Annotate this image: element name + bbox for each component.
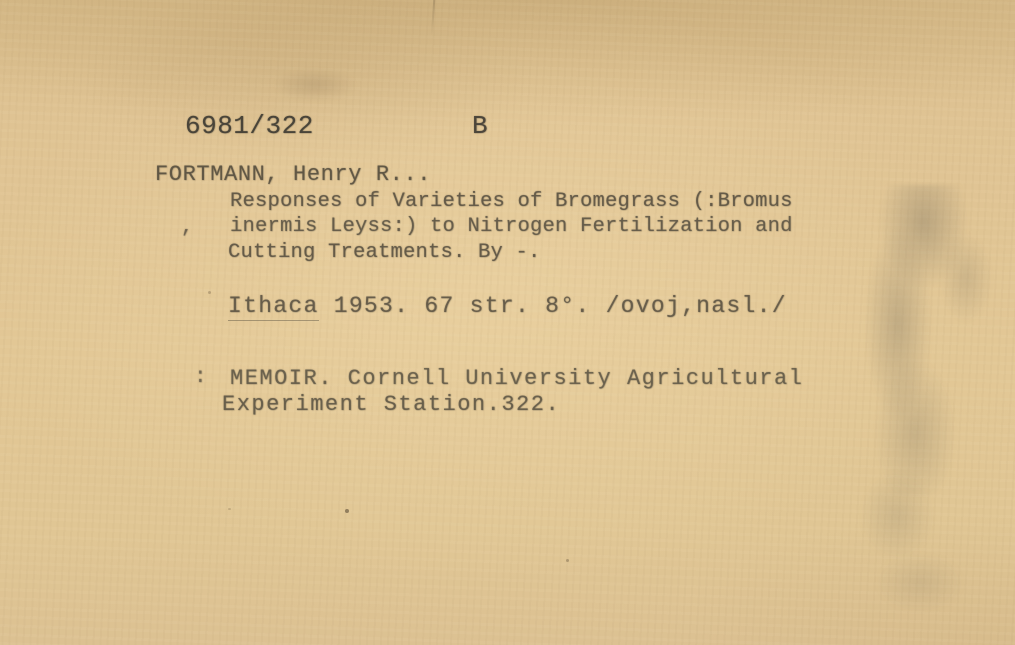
ink-speck	[228, 508, 231, 510]
ink-speck	[345, 509, 349, 513]
series-note-line-1: MEMOIR. Cornell University Agricultural	[230, 366, 803, 391]
imprint-place: Ithaca	[228, 293, 319, 321]
author-heading: FORTMANN, Henry R...	[155, 162, 431, 187]
section-letter: B	[472, 111, 488, 141]
top-stain	[250, 55, 380, 115]
title-line-1: Responses of Varieties of Bromegrass (:B…	[230, 190, 793, 213]
right-lower-smudge	[830, 470, 980, 620]
title-line-3: Cutting Treatments. By -.	[228, 241, 541, 264]
series-note-line-2: Experiment Station.322.	[222, 392, 560, 417]
right-graphite-smudge	[830, 185, 1000, 495]
paper-grain-texture	[0, 0, 1015, 645]
catalog-card: 6981/322 B FORTMANN, Henry R... Response…	[0, 0, 1015, 645]
ink-speck	[208, 291, 211, 294]
ink-speck	[566, 559, 569, 562]
imprint-line: Ithaca 1953. 67 str. 8°. /ovoj,nasl./	[228, 293, 787, 319]
margin-mark: ,	[181, 216, 193, 239]
title-line-2: inermis Leyss:) to Nitrogen Fertilizatio…	[230, 215, 793, 238]
top-crease	[431, 0, 436, 36]
imprint-rest: 1953. 67 str. 8°. /ovoj,nasl./	[319, 293, 787, 319]
call-number: 6981/322	[185, 111, 314, 141]
series-prefix-colon: :	[194, 366, 207, 389]
